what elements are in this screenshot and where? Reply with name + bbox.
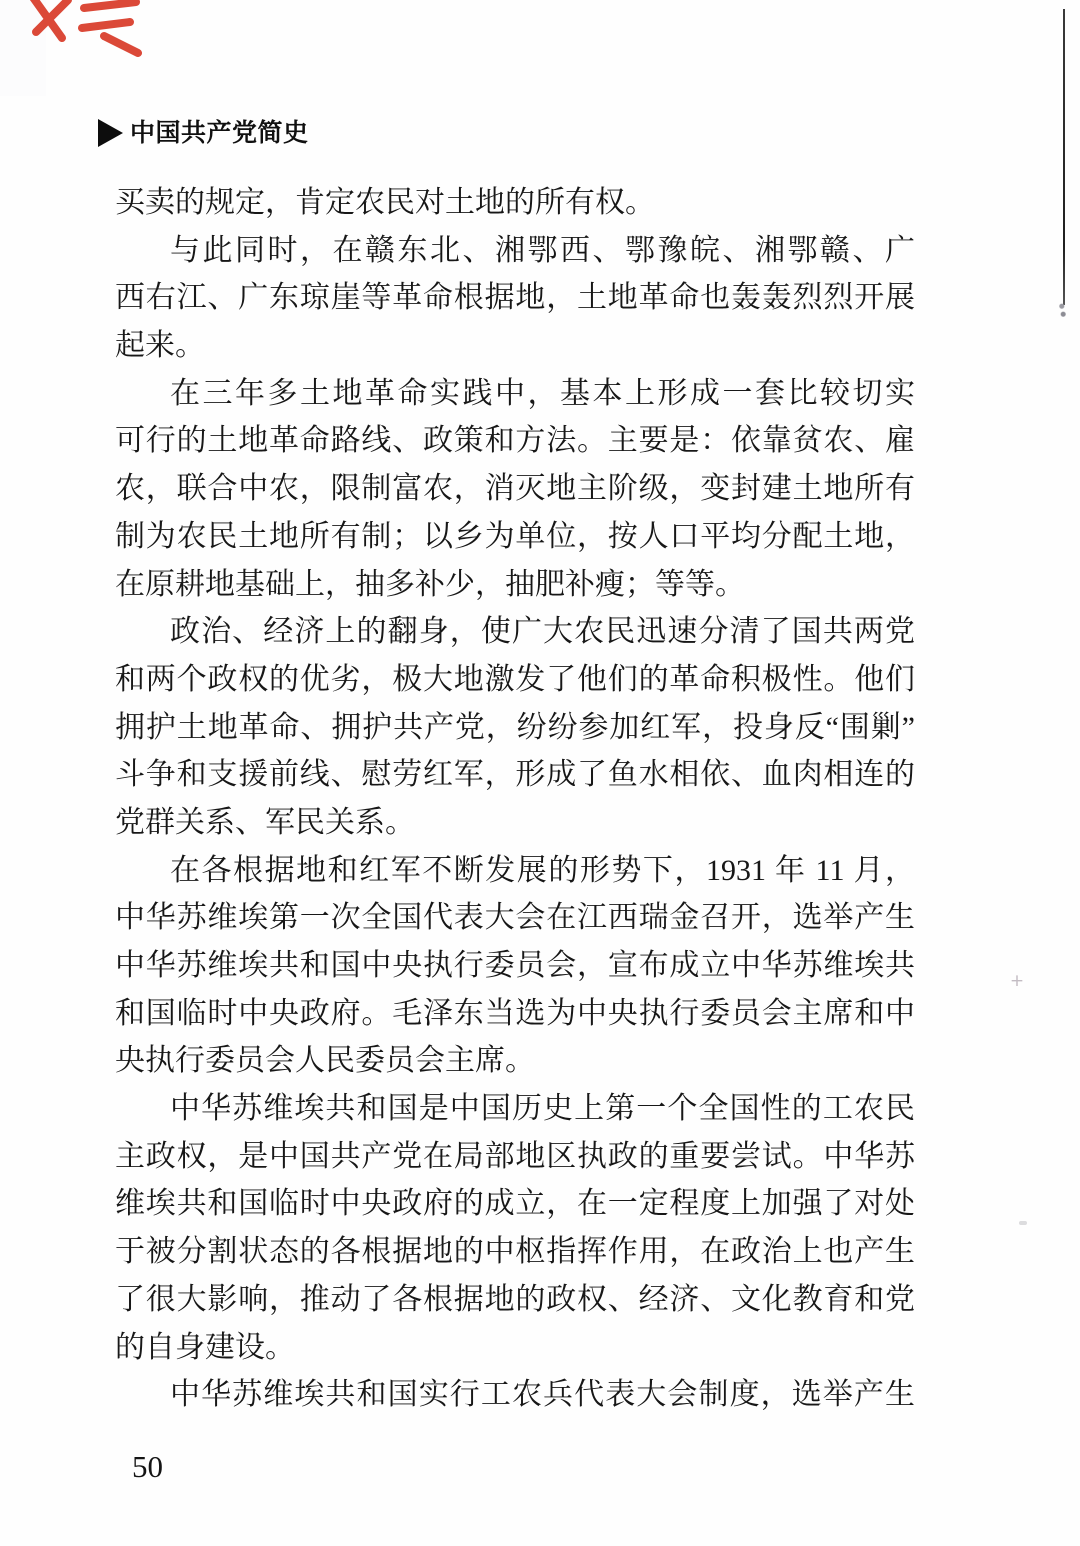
text-line: 买卖的规定，肯定农民对土地的所有权。 — [115, 179, 915, 227]
text-line: 在原耕地基础上，抽多补少，抽肥补瘦；等等。 — [115, 561, 915, 609]
text-line: 和两个政权的优劣，极大地激发了他们的革命积极性。他们 — [115, 656, 915, 704]
scan-plus-artifact: + — [1008, 972, 1026, 990]
text-line: 农，联合中农，限制富农，消灭地主阶级，变封建土地所有 — [115, 465, 915, 513]
text-line: 与此同时，在赣东北、湘鄂西、鄂豫皖、湘鄂赣、广 — [115, 227, 915, 275]
text-line: 斗争和支援前线、慰劳红军，形成了鱼水相依、血肉相连的 — [115, 751, 915, 799]
text-line: 在各根据地和红军不断发展的形势下，1931 年 11 月， — [115, 847, 915, 895]
red-pen-marks — [18, 0, 144, 58]
text-line: 了很大影响，推动了各根据地的政权、经济、文化教育和党 — [115, 1276, 915, 1324]
text-line: 主政权，是中国共产党在局部地区执政的重要尝试。中华苏 — [115, 1133, 915, 1181]
text-line: 拥护土地革命、拥护共产党，纷纷参加红军，投身反“围剿” — [115, 704, 915, 752]
text-line: 西右江、广东琼崖等革命根据地，土地革命也轰轰烈烈开展 — [115, 274, 915, 322]
scan-speck — [1019, 1221, 1027, 1225]
text-line: 中华苏维埃共和国中央执行委员会，宣布成立中华苏维埃共 — [115, 942, 915, 990]
text-line: 在三年多土地革命实践中，基本上形成一套比较切实 — [115, 370, 915, 418]
text-line: 制为农民土地所有制；以乡为单位，按人口平均分配土地， — [115, 513, 915, 561]
scan-edge-line — [1063, 9, 1065, 305]
right-triangle-icon — [98, 119, 123, 147]
text-line: 中华苏维埃共和国实行工农兵代表大会制度，选举产生 — [115, 1371, 915, 1419]
body-text: 买卖的规定，肯定农民对土地的所有权。与此同时，在赣东北、湘鄂西、鄂豫皖、湘鄂赣、… — [115, 179, 915, 1419]
text-line: 党群关系、军民关系。 — [115, 799, 915, 847]
text-line: 政治、经济上的翻身，使广大农民迅速分清了国共两党 — [115, 608, 915, 656]
scan-edge-specks — [1059, 303, 1066, 319]
text-line: 和国临时中央政府。毛泽东当选为中央执行委员会主席和中 — [115, 990, 915, 1038]
chapter-header: 中国共产党简史 — [98, 119, 309, 147]
book-page: 中国共产党简史 买卖的规定，肯定农民对土地的所有权。与此同时，在赣东北、湘鄂西、… — [0, 0, 1080, 1546]
book-title: 中国共产党简史 — [130, 119, 309, 147]
red-pen-marks-drawing — [18, 0, 144, 58]
page-number: 50 — [132, 1449, 163, 1485]
text-line: 中华苏维埃共和国是中国历史上第一个全国性的工农民 — [115, 1085, 915, 1133]
text-line: 中华苏维埃第一次全国代表大会在江西瑞金召开，选举产生 — [115, 894, 915, 942]
text-line: 央执行委员会人民委员会主席。 — [115, 1037, 915, 1085]
text-line: 起来。 — [115, 322, 915, 370]
text-line: 可行的土地革命路线、政策和方法。主要是：依靠贫农、雇 — [115, 417, 915, 465]
text-line: 于被分割状态的各根据地的中枢指挥作用，在政治上也产生 — [115, 1228, 915, 1276]
text-line: 的自身建设。 — [115, 1324, 915, 1372]
text-line: 维埃共和国临时中央政府的成立，在一定程度上加强了对处 — [115, 1180, 915, 1228]
